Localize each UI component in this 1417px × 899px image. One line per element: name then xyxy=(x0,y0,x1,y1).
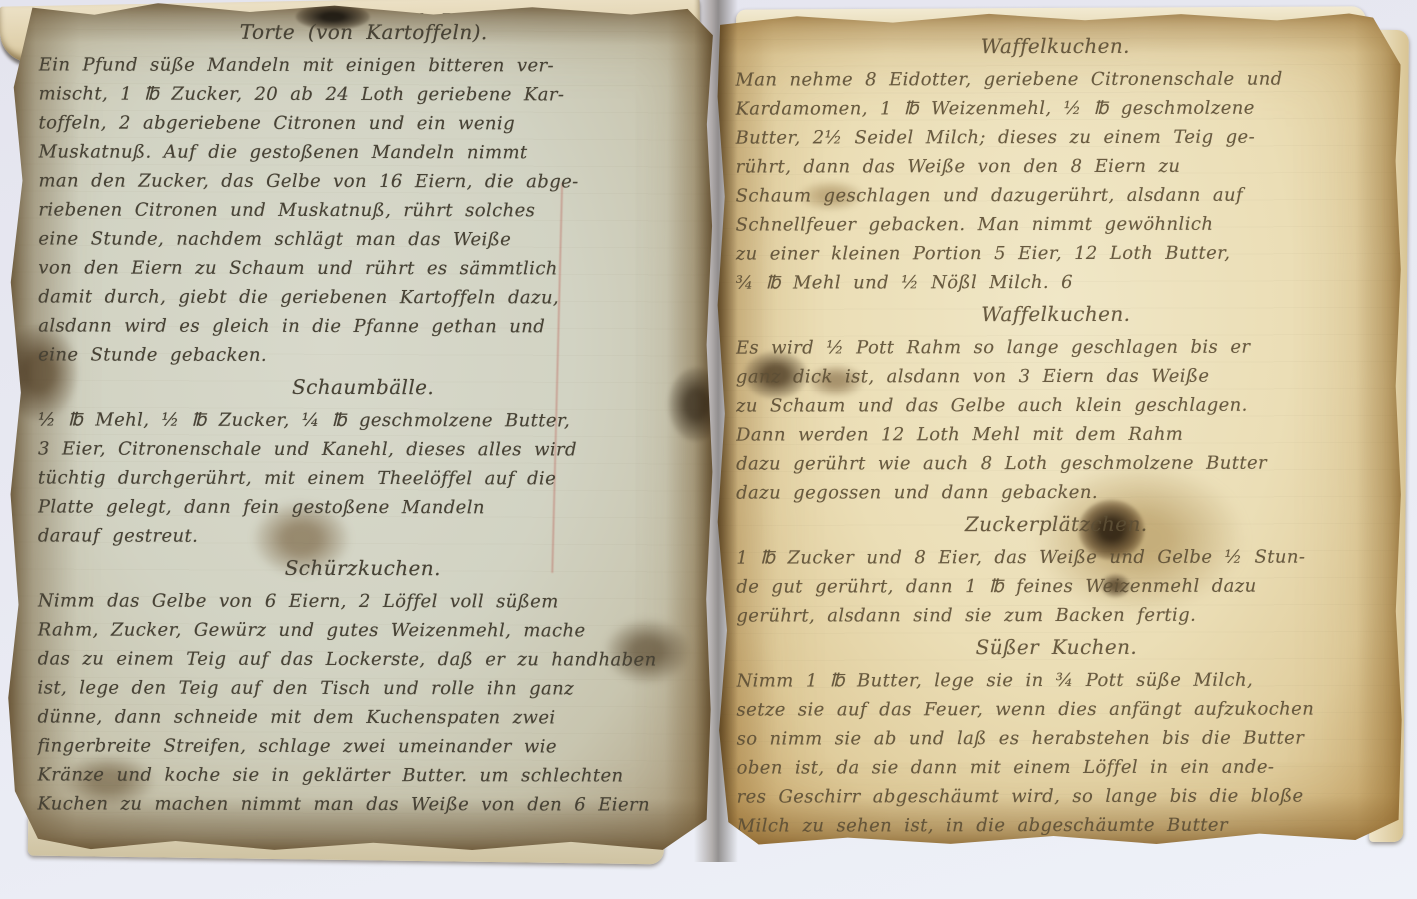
recipe-heading: Zuckerplätzchen. xyxy=(736,509,1376,539)
recipe-line: mischt, 1 ℔ Zucker, 20 ab 24 Loth gerieb… xyxy=(39,79,689,109)
recipe-line: Ein Pfund süße Mandeln mit einigen bitte… xyxy=(39,50,689,80)
recipe-line: darauf gestreut. xyxy=(38,521,688,551)
recipe-line: Es wird ½ Pott Rahm so lange geschlagen … xyxy=(736,332,1376,362)
recipe-line: dazu gerührt wie auch 8 Loth geschmolzen… xyxy=(736,448,1376,478)
recipe-line: von den Eiern zu Schaum und rührt es säm… xyxy=(38,253,688,283)
recipe-line: zu einer kleinen Portion 5 Eier, 12 Loth… xyxy=(736,238,1376,268)
recipe-line: Schnellfeuer gebacken. Man nimmt gewöhnl… xyxy=(736,209,1376,239)
right-page: Waffelkuchen.Man nehme 8 Eidotter, gerie… xyxy=(715,11,1404,847)
left-page-handwriting: Torte (von Kartoffeln).Ein Pfund süße Ma… xyxy=(37,17,688,819)
recipe-heading: Süßer Kuchen. xyxy=(736,632,1376,662)
recipe-line: ½ ℔ Mehl, ½ ℔ Zucker, ¼ ℔ geschmolzene B… xyxy=(38,405,688,435)
recipe-line: dazu gegossen und dann gebacken. xyxy=(736,477,1376,507)
recipe-heading: Waffelkuchen. xyxy=(736,299,1376,329)
recipe-heading: Waffelkuchen. xyxy=(735,31,1375,61)
recipe-line: Man nehme 8 Eidotter, geriebene Citronen… xyxy=(735,64,1375,94)
photo-of-manuscript: von … geschickt ist 14 Tagen … auch Rose… xyxy=(0,0,1417,899)
recipe-heading: Schürzkuchen. xyxy=(38,553,688,583)
recipe-line: 1 ℔ Zucker und 8 Eier, das Weiße und Gel… xyxy=(736,542,1376,572)
recipe-line: dünne, dann schneide mit dem Kuchenspate… xyxy=(37,702,687,732)
recipe-line: Rahm, Zucker, Gewürz und gutes Weizenmeh… xyxy=(38,615,688,645)
recipe-line: Muskatnuß. Auf die gestoßenen Mandeln ni… xyxy=(38,137,688,167)
recipe-line: Nimm 1 ℔ Butter, lege sie in ¾ Pott süße… xyxy=(736,665,1376,695)
recipe: Torte (von Kartoffeln).Ein Pfund süße Ma… xyxy=(38,17,689,370)
recipe: Süßer Kuchen.Nimm 1 ℔ Butter, lege sie i… xyxy=(736,632,1376,840)
recipe-line: de gut gerührt, dann 1 ℔ feines Weizenme… xyxy=(736,571,1376,601)
recipe: Zuckerplätzchen.1 ℔ Zucker und 8 Eier, d… xyxy=(736,509,1376,630)
recipe-line: rührt, dann das Weiße von den 8 Eiern zu xyxy=(736,151,1376,181)
recipe-heading: Schaumbälle. xyxy=(38,372,688,402)
recipe-line: Milch zu sehen ist, in die abgeschäumte … xyxy=(737,810,1377,840)
recipe-line: Butter, 2½ Seidel Milch; dieses zu einem… xyxy=(735,122,1375,152)
recipe-line: Nimm das Gelbe von 6 Eiern, 2 Löffel vol… xyxy=(38,586,688,616)
right-page-handwriting: Waffelkuchen.Man nehme 8 Eidotter, gerie… xyxy=(735,31,1376,840)
recipe-line: setze sie auf das Feuer, wenn dies anfän… xyxy=(736,694,1376,724)
recipe: Schaumbälle.½ ℔ Mehl, ½ ℔ Zucker, ¼ ℔ ge… xyxy=(38,372,688,551)
recipe-line: so nimm sie ab und laß es herabstehen bi… xyxy=(737,723,1377,753)
recipe-line: res Geschirr abgeschäumt wird, so lange … xyxy=(737,781,1377,811)
recipe-line: eine Stunde gebacken. xyxy=(38,340,688,370)
recipe-line: das zu einem Teig auf das Lockerste, daß… xyxy=(38,644,688,674)
recipe-line: toffeln, 2 abgeriebene Citronen und ein … xyxy=(39,108,689,138)
recipe-line: Dann werden 12 Loth Mehl mit dem Rahm xyxy=(736,419,1376,449)
recipe: Waffelkuchen.Es wird ½ Pott Rahm so lang… xyxy=(736,299,1376,507)
recipe-line: damit durch, giebt die geriebenen Kartof… xyxy=(38,282,688,312)
recipe-line: tüchtig durchgerührt, mit einem Theelöff… xyxy=(38,463,688,493)
recipe-line: ¾ ℔ Mehl und ½ Nößl Milch. 6 xyxy=(736,267,1376,297)
recipe-line: Kränze und koche sie in geklärter Butter… xyxy=(37,760,687,790)
recipe-line: eine Stunde, nachdem schlägt man das Wei… xyxy=(38,224,688,254)
recipe-line: riebenen Citronen und Muskatnuß, rührt s… xyxy=(38,195,688,225)
recipe-line: ganz dick ist, alsdann von 3 Eiern das W… xyxy=(736,361,1376,391)
recipe-line: gerührt, alsdann sind sie zum Backen fer… xyxy=(736,600,1376,630)
left-page: Torte (von Kartoffeln).Ein Pfund süße Ma… xyxy=(6,2,716,853)
recipe-line: oben ist, da sie dann mit einem Löffel i… xyxy=(737,752,1377,782)
recipe-line: Schaum geschlagen und dazugerührt, alsda… xyxy=(736,180,1376,210)
recipe-line: alsdann wird es gleich in die Pfanne get… xyxy=(38,311,688,341)
recipe-line: zu Schaum und das Gelbe auch klein gesch… xyxy=(736,390,1376,420)
recipe-line: Kuchen zu machen nimmt man das Weiße von… xyxy=(37,789,687,819)
recipe-line: ist, lege den Teig auf den Tisch und rol… xyxy=(38,673,688,703)
recipe-line: Platte gelegt, dann fein gestoßene Mande… xyxy=(38,492,688,522)
recipe-heading: Torte (von Kartoffeln). xyxy=(39,17,689,47)
recipe-line: 3 Eier, Citronenschale und Kanehl, diese… xyxy=(38,434,688,464)
recipe-line: man den Zucker, das Gelbe von 16 Eiern, … xyxy=(38,166,688,196)
recipe: Schürzkuchen.Nimm das Gelbe von 6 Eiern,… xyxy=(37,553,687,819)
recipe-line: fingerbreite Streifen, schlage zwei umei… xyxy=(37,731,687,761)
recipe: Waffelkuchen.Man nehme 8 Eidotter, gerie… xyxy=(735,31,1375,297)
recipe-line: Kardamomen, 1 ℔ Weizenmehl, ½ ℔ geschmol… xyxy=(735,93,1375,123)
